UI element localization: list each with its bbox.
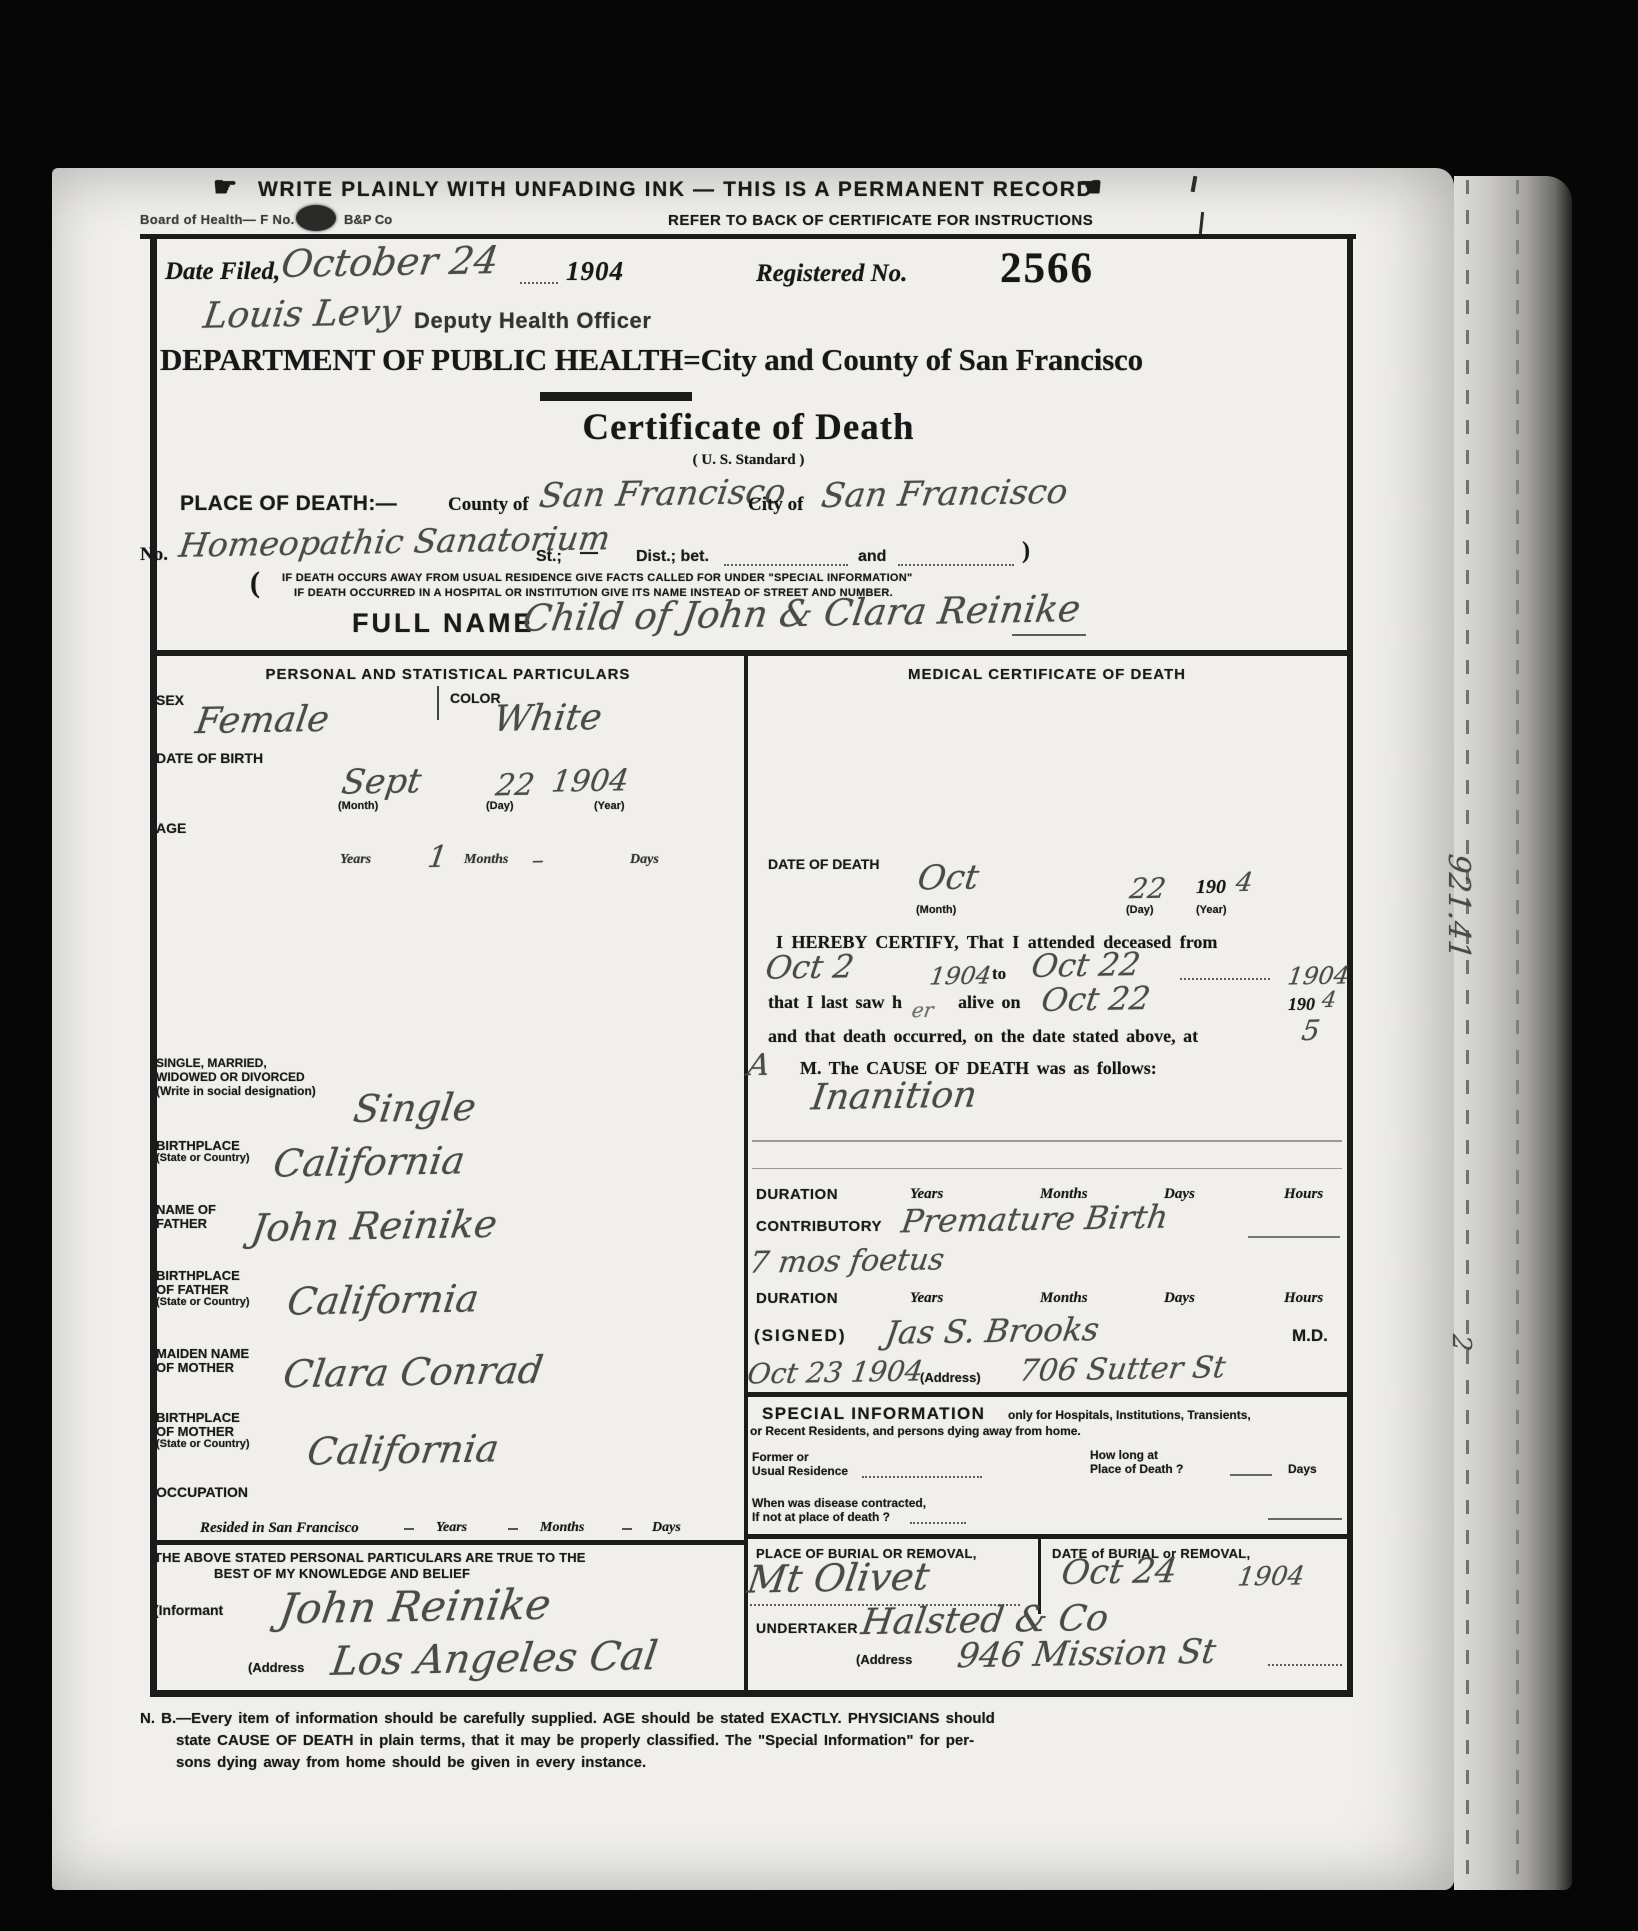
disease-contracted-label-2: If not at place of death ?: [752, 1510, 890, 1524]
sex-value: Female: [193, 699, 332, 742]
disease-contracted-label-1: When was disease contracted,: [752, 1496, 926, 1510]
fill-line: [910, 1522, 966, 1524]
pointing-hand-left-icon: ☚: [1078, 172, 1102, 203]
days-caption: Days: [1288, 1462, 1317, 1476]
contributory-value-2: 7 mos foetus: [747, 1242, 946, 1280]
fill-line: [1268, 1518, 1342, 1520]
father-birthplace-label-1: BIRTHPLACE: [156, 1268, 240, 1283]
informant-label: (Informant: [154, 1602, 223, 1618]
dod-month-caption: (Month): [916, 904, 956, 916]
mother-birthplace-label-1: BIRTHPLACE: [156, 1410, 240, 1425]
margin-file-code: 921.41: [1441, 852, 1476, 961]
burial-year-value: 1904: [1236, 1561, 1307, 1592]
dod-day-caption: (Day): [1126, 904, 1154, 916]
health-officer-title: Deputy Health Officer: [414, 308, 652, 334]
page-edge-line: [1466, 180, 1469, 1880]
pointing-hand-right-icon: ☛: [213, 172, 237, 203]
burial-date-value: Oct 24: [1059, 1551, 1180, 1593]
marital-label-3: (Write in social designation): [156, 1084, 316, 1098]
fill-line: [1012, 634, 1086, 636]
tick: [622, 1528, 632, 1530]
birthplace-value: California: [271, 1138, 468, 1185]
fill-line: [1180, 978, 1270, 980]
footnote-line-2: state CAUSE OF DEATH in plain terms, tha…: [176, 1732, 974, 1749]
paren-close: ): [1022, 538, 1030, 565]
informant-address-label: (Address: [248, 1660, 304, 1675]
mother-name-value: Clara Conrad: [281, 1348, 546, 1397]
dob-month: Sept: [339, 761, 424, 802]
last-saw-text-2: alive on: [958, 992, 1021, 1013]
cause-of-death-value: Inanition: [809, 1075, 980, 1119]
dob-month-caption: (Month): [338, 800, 378, 812]
registered-no-value: 2566: [1000, 244, 1094, 293]
duration2-months-caption: Months: [1040, 1290, 1088, 1307]
column-divider: [744, 650, 748, 1696]
how-long-label-1: How long at: [1090, 1448, 1158, 1462]
how-long-label-2: Place of Death ?: [1090, 1462, 1183, 1476]
age-years-caption: Years: [340, 852, 371, 868]
date-filed-label: Date Filed,: [165, 258, 280, 286]
resided-label: Resided in San Francisco: [200, 1520, 359, 1537]
place-of-death-label: PLACE OF DEATH:—: [180, 492, 397, 516]
attended-to-year: 1904: [1286, 961, 1351, 990]
burial-place-value: Mt Olivet: [745, 1554, 933, 1601]
occupation-label: OCCUPATION: [156, 1484, 248, 1500]
date-of-death-year-printed: 190: [1196, 876, 1226, 899]
marital-label-2: WIDOWED OR DIVORCED: [156, 1070, 305, 1084]
date-of-death-month: Oct: [915, 857, 981, 898]
section-divider: [150, 650, 1353, 656]
footnote-line-1: N. B.—Every item of information should b…: [140, 1710, 995, 1727]
health-officer-signature: Louis Levy: [201, 292, 403, 336]
title-rule: [540, 392, 692, 401]
father-birthplace-value: California: [285, 1276, 482, 1323]
fill-line: [1230, 1474, 1272, 1476]
dob-year: 1904: [549, 763, 630, 799]
signed-address-value: 706 Sutter St: [1017, 1350, 1227, 1389]
fill-line: [862, 1476, 982, 1478]
dob-day-caption: (Day): [486, 800, 514, 812]
mother-birthplace-value: California: [305, 1426, 502, 1473]
fill-line: [724, 564, 848, 566]
age-months-caption: Months: [464, 852, 508, 868]
fill-line: [520, 282, 558, 284]
md-label: M.D.: [1292, 1326, 1328, 1346]
last-saw-date: Oct 22: [1039, 979, 1153, 1019]
last-saw-text: that I last saw h: [768, 992, 902, 1013]
undertaker-address-value: 946 Mission St: [955, 1632, 1219, 1676]
resided-years-caption: Years: [436, 1520, 467, 1536]
dob-day: 22: [493, 768, 536, 804]
dod-year-caption: (Year): [1196, 904, 1227, 916]
medical-header: MEDICAL CERTIFICATE OF DEATH: [748, 666, 1346, 683]
color-label: COLOR: [450, 690, 501, 706]
age-days-caption: Days: [630, 852, 659, 868]
city-value: San Francisco: [819, 472, 1070, 516]
birthplace-sublabel: (State or Country): [156, 1152, 250, 1164]
fill-line: [1268, 1664, 1342, 1666]
informant-address-value: Los Angeles Cal: [328, 1633, 660, 1685]
date-of-death-label: DATE OF DEATH: [768, 856, 879, 872]
refer-note: REFER TO BACK OF CERTIFICATE FOR INSTRUC…: [668, 212, 1093, 229]
to-label: to: [992, 964, 1006, 984]
attest-line-1: THE ABOVE STATED PERSONAL PARTICULARS AR…: [154, 1550, 586, 1565]
special-info-rest-1: only for Hospitals, Institutions, Transi…: [1008, 1408, 1251, 1422]
header-rule: [140, 234, 1356, 239]
date-filed-year: 1904: [566, 256, 624, 287]
page-edge-line: [1516, 180, 1519, 1880]
attended-from-date: Oct 2: [763, 947, 856, 987]
mother-birthplace-label-2: OF MOTHER: [156, 1424, 234, 1439]
last-saw-year-printed: 190: [1288, 994, 1315, 1015]
attest-divider: [150, 1540, 744, 1545]
father-birthplace-label-2: OF FATHER: [156, 1282, 229, 1297]
attended-from-year: 1904: [928, 961, 993, 990]
city-label: City of: [748, 494, 803, 516]
fill-line: [1248, 1236, 1340, 1238]
county-label: County of: [448, 494, 529, 516]
street-label: St.;: [536, 548, 562, 566]
dob-label: DATE OF BIRTH: [156, 750, 263, 766]
former-residence-label-1: Former or: [752, 1450, 809, 1464]
blank-rule: [752, 1140, 1342, 1142]
paren-open: (: [250, 566, 260, 600]
father-name-label-2: FATHER: [156, 1216, 207, 1231]
special-info-rest-2: or Recent Residents, and persons dying a…: [750, 1424, 1081, 1438]
mother-name-label-1: MAIDEN NAME: [156, 1346, 249, 1361]
birthplace-label: BIRTHPLACE: [156, 1138, 240, 1153]
and-label: and: [858, 548, 886, 566]
burial-divider: [748, 1534, 1347, 1539]
duration-label: DURATION: [756, 1186, 838, 1203]
banner-text: WRITE PLAINLY WITH UNFADING INK — THIS I…: [258, 178, 1093, 202]
sex-label: SEX: [156, 692, 184, 708]
tick: [508, 1528, 518, 1530]
signed-date: Oct 23 1904: [745, 1354, 925, 1390]
cell-divider: [437, 686, 439, 720]
marital-value: Single: [351, 1085, 479, 1131]
duration2-days-caption: Days: [1164, 1290, 1195, 1307]
date-filed-value: October 24: [279, 238, 502, 286]
fill-line: [898, 564, 1014, 566]
contributory-value: Premature Birth: [899, 1198, 1171, 1241]
duration2-label: DURATION: [756, 1290, 838, 1307]
age-label: AGE: [156, 820, 186, 836]
tick: [404, 1528, 414, 1530]
duration2-years-caption: Years: [910, 1290, 943, 1307]
book-binding-edge: [1454, 176, 1572, 1890]
informant-value: John Reinike: [276, 1580, 554, 1634]
signed-label: (SIGNED): [754, 1326, 847, 1346]
footnote-line-3: sons dying away from home should be give…: [176, 1754, 646, 1771]
duration-hours-caption: Hours: [1284, 1186, 1323, 1203]
color-value: White: [491, 697, 605, 740]
department-title: DEPARTMENT OF PUBLIC HEALTH=City and Cou…: [160, 342, 1143, 378]
certificate-title: Certificate of Death: [150, 406, 1347, 449]
father-birthplace-sublabel: (State or Country): [156, 1296, 250, 1308]
resided-days-caption: Days: [652, 1520, 681, 1536]
am-pm-hw: A: [746, 1048, 773, 1083]
box-border-bottom: [150, 1690, 1353, 1697]
personal-header: PERSONAL AND STATISTICAL PARTICULARS: [152, 666, 744, 683]
father-name-value: John Reinike: [249, 1202, 500, 1250]
special-divider: [748, 1392, 1347, 1397]
scanned-death-certificate: 921.41 2 ☛ WRITE PLAINLY WITH UNFADING I…: [0, 0, 1638, 1931]
resided-months-caption: Months: [540, 1520, 584, 1536]
duration2-hours-caption: Hours: [1284, 1290, 1323, 1307]
signed-address-label: (Address): [920, 1370, 981, 1385]
undertaker-address-label: (Address: [856, 1652, 912, 1667]
street-no-label: No.: [140, 544, 168, 566]
mother-birthplace-sublabel: (State or Country): [156, 1438, 250, 1450]
certificate-subtitle: ( U. S. Standard ): [150, 452, 1347, 469]
father-name-label-1: NAME OF: [156, 1202, 216, 1217]
duration-years-caption: Years: [910, 1186, 943, 1203]
special-info-title: SPECIAL INFORMATION: [762, 1404, 985, 1424]
full-name-label: FULL NAME: [352, 608, 535, 639]
attest-line-2: BEST OF MY KNOWLEDGE AND BELIEF: [214, 1566, 470, 1581]
printer-seal: [296, 205, 336, 231]
street-dash: —: [580, 542, 598, 563]
contributory-label: CONTRIBUTORY: [756, 1218, 882, 1235]
form-reference: Board of Health— F No. 16: [140, 212, 314, 227]
printer-name: B&P Co: [344, 212, 392, 227]
residence-note-1: IF DEATH OCCURS AWAY FROM USUAL RESIDENC…: [282, 572, 913, 584]
dob-year-caption: (Year): [594, 800, 625, 812]
death-occurred-text: and that death occurred, on the date sta…: [768, 1026, 1198, 1047]
district-label: Dist.; bet.: [636, 548, 709, 566]
last-saw-pronoun-hw: er: [910, 998, 935, 1022]
blank-rule: [752, 1168, 1342, 1169]
mother-name-label-2: OF MOTHER: [156, 1360, 234, 1375]
marital-label-1: SINGLE, MARRIED,: [156, 1056, 267, 1070]
undertaker-label: UNDERTAKER: [756, 1620, 858, 1636]
physician-signature: Jas S. Brooks: [883, 1310, 1102, 1352]
margin-file-code-2: 2: [1446, 1333, 1476, 1353]
date-of-death-day: 22: [1128, 872, 1168, 906]
former-residence-label-2: Usual Residence: [752, 1464, 848, 1478]
registered-no-label: Registered No.: [756, 260, 907, 288]
